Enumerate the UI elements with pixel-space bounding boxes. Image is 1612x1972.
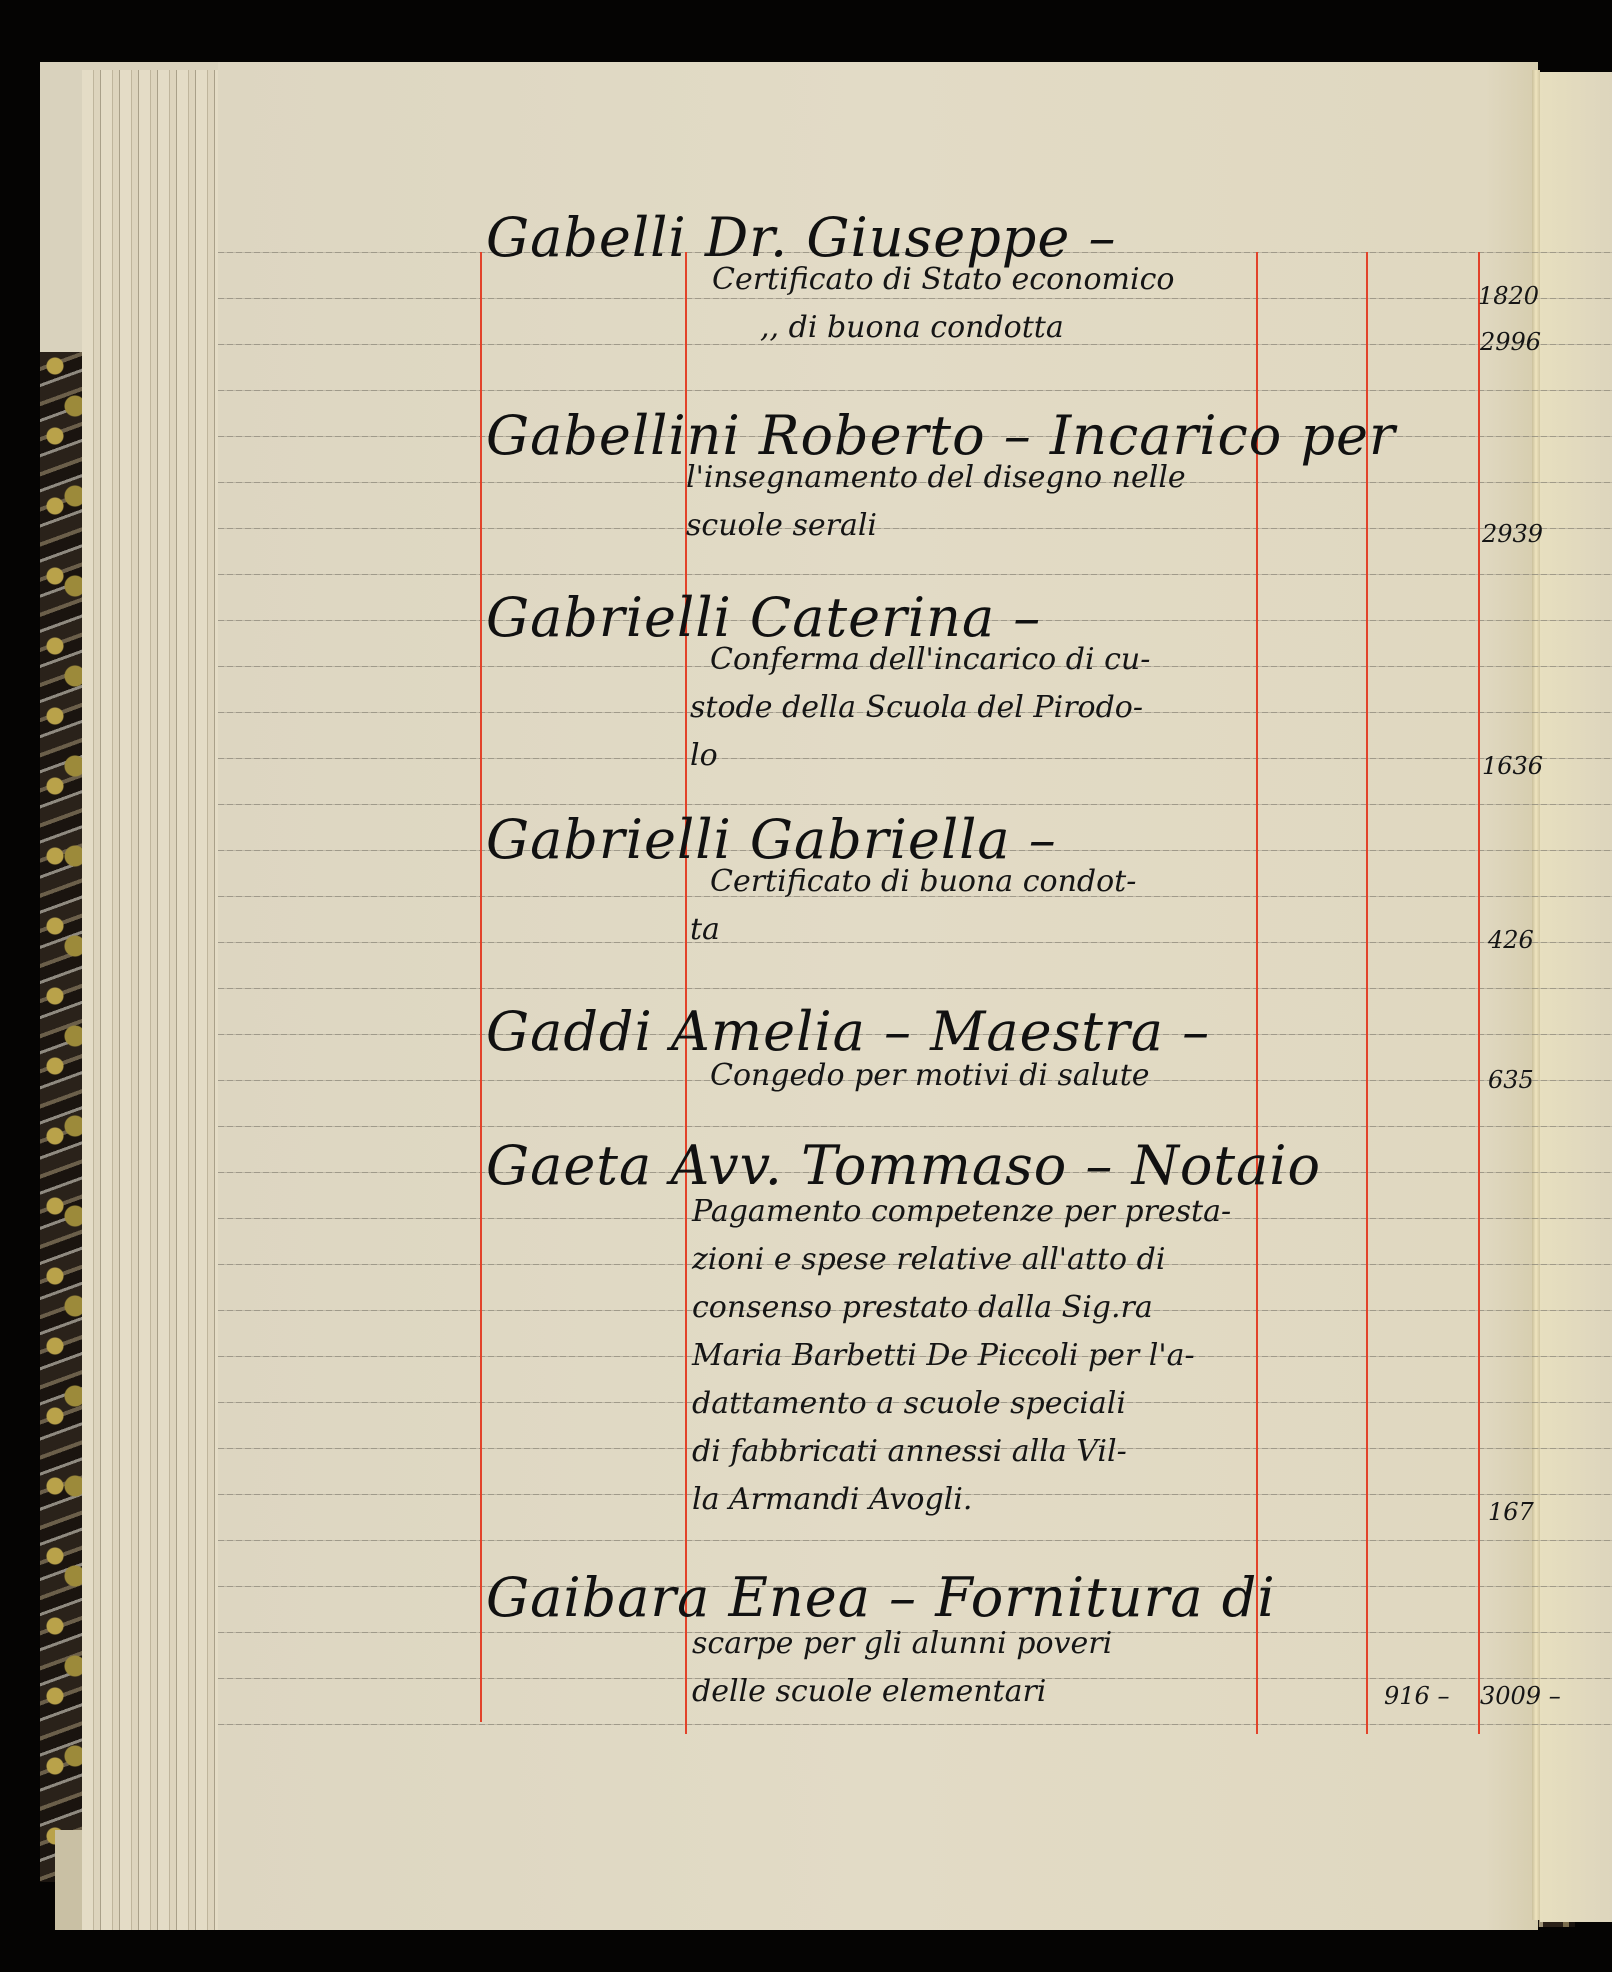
rule bbox=[218, 1540, 1612, 1541]
entry-surname-name: Gabellini Roberto – Incarico per bbox=[486, 404, 1396, 467]
rule bbox=[218, 574, 1612, 575]
rule bbox=[218, 528, 1612, 529]
entry-surname-name: Gaeta Avv. Tommaso – Notaio bbox=[486, 1134, 1321, 1197]
rule bbox=[218, 390, 1612, 391]
entry-amount-ref: 916 – bbox=[1384, 1682, 1449, 1710]
red-rule-amount-column bbox=[1366, 252, 1368, 1734]
entry-description-line: delle scuole elementari bbox=[692, 1674, 1046, 1709]
rule bbox=[218, 804, 1612, 805]
rule bbox=[218, 988, 1612, 989]
entry-page-ref: 426 bbox=[1488, 926, 1534, 954]
rule bbox=[218, 1724, 1612, 1725]
rule bbox=[218, 758, 1612, 759]
entry-surname-name: Gabrielli Caterina – bbox=[486, 586, 1041, 649]
entry-description-line: lo bbox=[690, 738, 718, 773]
entry-description-line: Certificato di buona condot- bbox=[710, 864, 1136, 899]
entry-surname-name: Gaibara Enea – Fornitura di bbox=[486, 1566, 1276, 1629]
next-page-sliver bbox=[1540, 72, 1612, 1922]
entry-page-ref: 635 bbox=[1488, 1066, 1534, 1094]
entry-page-ref: 3009 – bbox=[1480, 1682, 1561, 1710]
entry-description-line: la Armandi Avogli. bbox=[692, 1482, 972, 1517]
entry-description-line: Certificato di Stato economico bbox=[712, 262, 1174, 297]
entry-page-ref: 2996 bbox=[1480, 328, 1541, 356]
entry-description-line: stode della Scuola del Pirodo- bbox=[690, 690, 1143, 725]
entry-page-ref: 1636 bbox=[1482, 752, 1543, 780]
red-rule-description-column bbox=[1256, 252, 1258, 1734]
entry-surname-name: Gabrielli Gabriella – bbox=[486, 808, 1057, 871]
entry-description-line: ta bbox=[690, 912, 720, 947]
entry-description-line: l'insegnamento del disegno nelle bbox=[686, 460, 1186, 495]
entry-description-line: Maria Barbetti De Piccoli per l'a- bbox=[692, 1338, 1195, 1373]
red-rule-page-column bbox=[1478, 252, 1480, 1734]
entry-page-ref: 2939 bbox=[1482, 520, 1543, 548]
rule bbox=[218, 298, 1612, 299]
entry-description-line: zioni e spese relative all'atto di bbox=[692, 1242, 1165, 1277]
entry-description-line: di fabbricati annessi alla Vil- bbox=[692, 1434, 1127, 1469]
rule bbox=[218, 1126, 1612, 1127]
entry-description-line: Conferma dell'incarico di cu- bbox=[710, 642, 1150, 677]
rule bbox=[218, 942, 1612, 943]
red-rule-left-margin bbox=[480, 252, 482, 1722]
entry-description-line: Pagamento competenze per presta- bbox=[692, 1194, 1231, 1229]
entry-description-line: ,, di buona condotta bbox=[760, 310, 1064, 345]
entry-page-ref: 1820 bbox=[1478, 282, 1539, 310]
entry-description-line: dattamento a scuole speciali bbox=[692, 1386, 1126, 1421]
entry-description-line: scuole serali bbox=[686, 508, 877, 543]
page-stack-edges bbox=[82, 70, 222, 1930]
entry-description-line: Congedo per motivi di salute bbox=[710, 1058, 1150, 1093]
entry-page-ref: 167 bbox=[1488, 1498, 1534, 1526]
entry-description-line: scarpe per gli alunni poveri bbox=[692, 1626, 1112, 1661]
entry-surname-name: Gaddi Amelia – Maestra – bbox=[486, 1000, 1210, 1063]
entry-surname-name: Gabelli Dr. Giuseppe – bbox=[486, 206, 1116, 269]
entry-description-line: consenso prestato dalla Sig.ra bbox=[692, 1290, 1153, 1325]
